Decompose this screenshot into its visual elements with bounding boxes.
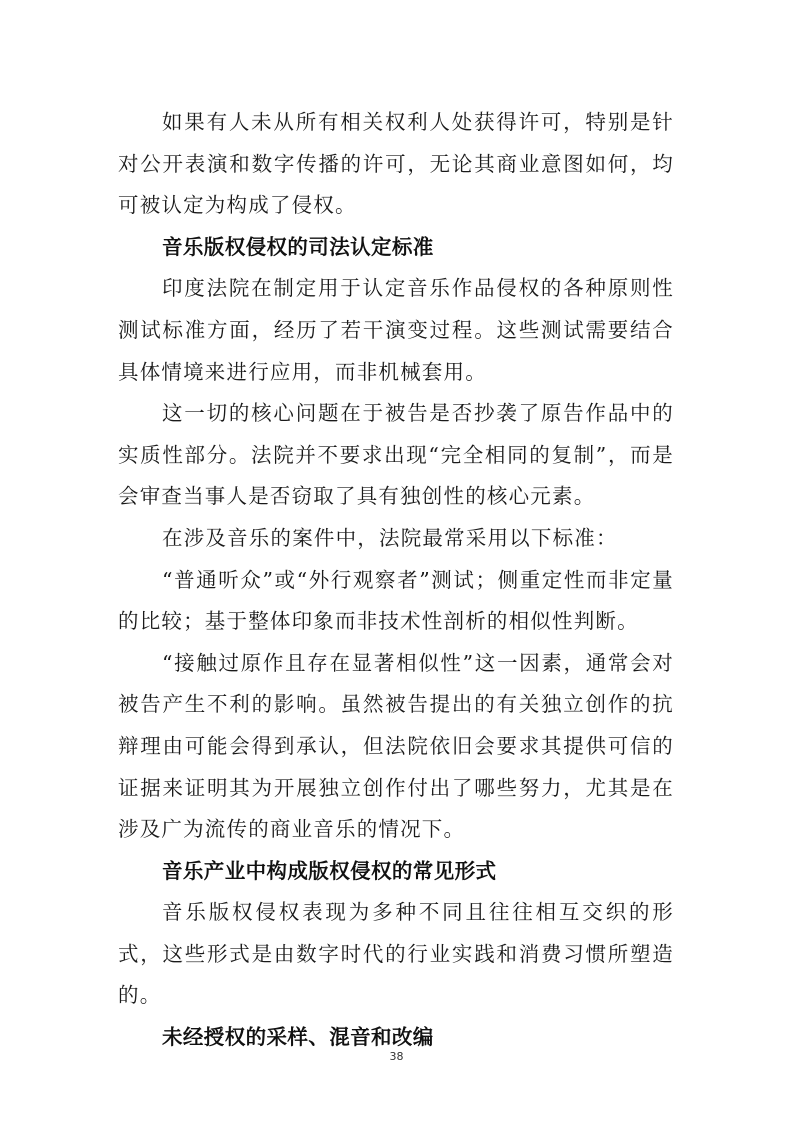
paragraph-forms-intro: 音乐版权侵权表现为多种不同且往往相互交织的形式，这些形式是由数字时代的行业实践和…	[118, 892, 674, 1017]
heading-common-forms: 音乐产业中构成版权侵权的常见形式	[118, 851, 674, 893]
document-page: 如果有人未从所有相关权利人处获得许可，特别是针对公开表演和数字传播的许可，无论其…	[118, 102, 674, 1059]
heading-judicial-standards: 音乐版权侵权的司法认定标准	[118, 227, 674, 269]
paragraph-core-question: 这一切的核心问题在于被告是否抄袭了原告作品中的实质性部分。法院并不要求出现“完全…	[118, 393, 674, 518]
page-number: 38	[0, 1050, 793, 1063]
paragraph-standards-intro: 在涉及音乐的案件中，法院最常采用以下标准：	[118, 518, 674, 560]
paragraph-infringement-permission: 如果有人未从所有相关权利人处获得许可，特别是针对公开表演和数字传播的许可，无论其…	[118, 102, 674, 227]
paragraph-indian-courts-tests: 印度法院在制定用于认定音乐作品侵权的各种原则性测试标准方面，经历了若干演变过程。…	[118, 268, 674, 393]
paragraph-access-similarity: “接触过原作且存在显著相似性”这一因素，通常会对被告产生不利的影响。虽然被告提出…	[118, 643, 674, 851]
paragraph-standards-list: “普通听众”或“外行观察者”测试；侧重定性而非定量的比较；基于整体印象而非技术性…	[118, 560, 674, 643]
